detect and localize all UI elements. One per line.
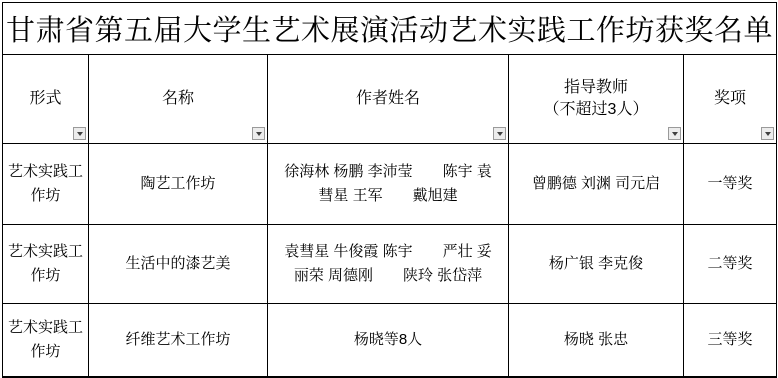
- cell-authors[interactable]: 袁彗星 牛俊霞 陈宇 严壮 妥 丽荣 周德刚 陕玲 张岱萍: [268, 225, 509, 304]
- col-header-name-label: 名称: [162, 90, 194, 107]
- header-row: 形式 名称 作者姓名 指导教师 （不超过3人） 奖项: [3, 55, 777, 144]
- cell-name[interactable]: 纤维艺术工作坊: [89, 304, 268, 378]
- col-header-form: 形式: [3, 55, 89, 144]
- filter-dropdown-button-teachers[interactable]: [668, 127, 681, 140]
- cell-name[interactable]: 生活中的漆艺美: [89, 225, 268, 304]
- chevron-down-icon: [765, 132, 771, 136]
- cell-authors[interactable]: 杨晓等8人: [268, 304, 509, 378]
- filter-dropdown-button-authors[interactable]: [493, 127, 506, 140]
- col-header-authors-label: 作者姓名: [356, 90, 420, 107]
- cell-teachers[interactable]: 杨晓 张忠: [509, 304, 684, 378]
- award-table: 甘肃省第五届大学生艺术展演活动艺术实践工作坊获奖名单 形式 名称 作者姓名 指导…: [2, 2, 777, 378]
- table-row: 艺术实践工作坊 陶艺工作坊 徐海林 杨鹏 李沛莹 陈宇 袁 彗星 王军 戴旭建 …: [3, 144, 777, 225]
- table-row: 艺术实践工作坊 纤维艺术工作坊 杨晓等8人 杨晓 张忠 三等奖: [3, 304, 777, 378]
- cell-form[interactable]: 艺术实践工作坊: [3, 225, 89, 304]
- filter-dropdown-button-name[interactable]: [252, 127, 265, 140]
- col-header-teachers-label: 指导教师 （不超过3人）: [544, 79, 649, 118]
- col-header-teachers: 指导教师 （不超过3人）: [509, 55, 684, 144]
- page-title: 甘肃省第五届大学生艺术展演活动艺术实践工作坊获奖名单: [3, 3, 777, 55]
- chevron-down-icon: [497, 132, 503, 136]
- cell-name[interactable]: 陶艺工作坊: [89, 144, 268, 225]
- spreadsheet-region: 甘肃省第五届大学生艺术展演活动艺术实践工作坊获奖名单 形式 名称 作者姓名 指导…: [2, 2, 776, 378]
- chevron-down-icon: [256, 132, 262, 136]
- cell-authors[interactable]: 徐海林 杨鹏 李沛莹 陈宇 袁 彗星 王军 戴旭建: [268, 144, 509, 225]
- table-row: 艺术实践工作坊 生活中的漆艺美 袁彗星 牛俊霞 陈宇 严壮 妥 丽荣 周德刚 陕…: [3, 225, 777, 304]
- cell-award[interactable]: 三等奖: [684, 304, 777, 378]
- cell-teachers[interactable]: 曾鹏德 刘渊 司元启: [509, 144, 684, 225]
- col-header-form-label: 形式: [29, 90, 61, 107]
- cell-teachers[interactable]: 杨广银 李克俊: [509, 225, 684, 304]
- col-header-award-label: 奖项: [714, 90, 746, 107]
- chevron-down-icon: [672, 132, 678, 136]
- cell-form[interactable]: 艺术实践工作坊: [3, 144, 89, 225]
- chevron-down-icon: [77, 132, 83, 136]
- col-header-award: 奖项: [684, 55, 777, 144]
- cell-award[interactable]: 二等奖: [684, 225, 777, 304]
- filter-dropdown-button-award[interactable]: [761, 127, 774, 140]
- col-header-name: 名称: [89, 55, 268, 144]
- cell-form[interactable]: 艺术实践工作坊: [3, 304, 89, 378]
- title-row: 甘肃省第五届大学生艺术展演活动艺术实践工作坊获奖名单: [3, 3, 777, 55]
- filter-dropdown-button-form[interactable]: [73, 127, 86, 140]
- cell-award[interactable]: 一等奖: [684, 144, 777, 225]
- col-header-authors: 作者姓名: [268, 55, 509, 144]
